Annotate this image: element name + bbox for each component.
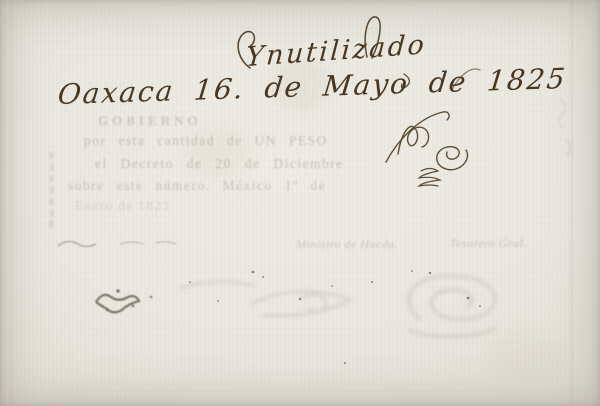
document-page: GOBIERNO por esta cantidad de UN PESO el… xyxy=(0,0,600,406)
paper-fold-line xyxy=(571,0,573,406)
ghost-print-value-line: por esta cantidad de UN PESO xyxy=(84,133,328,149)
ghost-print-year-line: Enero de 1823 xyxy=(75,198,170,214)
handwritten-place-date: Oaxaca 16. de Mayo de 1825 xyxy=(56,62,568,111)
rubric-flourish xyxy=(386,112,468,186)
ink-smudge xyxy=(96,289,152,312)
paper-fold-line xyxy=(10,0,12,406)
right-edge-ghost-marks xyxy=(558,100,570,156)
ink-specks xyxy=(189,270,481,364)
paper-stain xyxy=(486,330,566,380)
ghost-print-header: GOBIERNO xyxy=(98,113,202,129)
ghost-flourish-right xyxy=(408,276,496,337)
ghost-signature-left-squiggle xyxy=(58,241,176,246)
ghost-print-decree-line: el Decreto de 20 de Diciembre xyxy=(95,156,344,172)
left-margin-ghost-text xyxy=(49,152,54,228)
ghost-print-minister-label: Ministro de Hacda. xyxy=(296,237,398,252)
ghost-flourish-center xyxy=(180,282,350,316)
ghost-print-treasurer-label: Tesorero Gral. xyxy=(450,236,527,251)
ghost-print-number-line: sobre este número. México 1º de xyxy=(68,178,326,194)
